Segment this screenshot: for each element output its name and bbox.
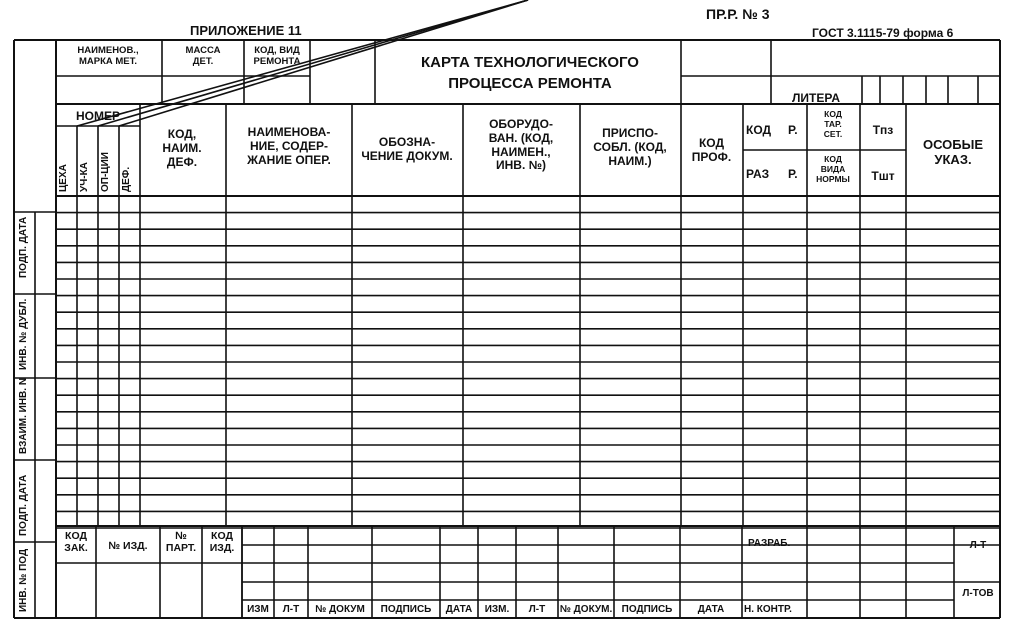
title-line-1: КАРТА ТЕХНОЛОГИЧЕСКОГО: [380, 54, 680, 71]
defect-number-header: ДЕФ.: [121, 167, 132, 192]
doc-designation-header: ОБОЗНА-ЧЕНИЕ ДОКУМ.: [352, 136, 462, 164]
fixture-header: ПРИСПО-СОБЛ. (КОД,НАИМ.): [580, 127, 680, 168]
title-line-2: ПРОЦЕССА РЕМОНТА: [380, 75, 680, 92]
tariff-header: КОДТАР.СЕТ.: [807, 110, 859, 139]
change-col-label: ИЗМ.: [478, 604, 516, 616]
change-col-label: ПОДПИСЬ: [372, 604, 440, 616]
norm-type-header: КОДВИДАНОРМЫ: [807, 155, 859, 184]
mass-header: МАССАДЕТ.: [162, 46, 244, 68]
developed-label: РАЗРАБ.: [748, 538, 790, 550]
tpz-header: Тпз: [860, 124, 906, 138]
change-col-label: Л-Т: [274, 604, 308, 616]
standard-label: ГОСТ 3.1115-79 форма 6: [812, 27, 953, 41]
repair-type-header: КОД, ВИДРЕМОНТА: [244, 46, 310, 68]
material-header: НАИМЕНОВ.,МАРКА МЕТ.: [58, 46, 158, 68]
sheet-label: Л-Т: [956, 540, 1000, 552]
appendix-label: ПРИЛОЖЕНИЕ 11: [190, 24, 302, 39]
special-instructions-header: ОСОБЫЕУКАЗ.: [906, 138, 1000, 168]
number-group-header: НОМЕР: [58, 110, 138, 124]
product-number-header: № ИЗД.: [96, 540, 160, 552]
change-col-label: ПОДПИСЬ: [614, 604, 680, 616]
side-sign-date-2: ПОДП. ДАТА: [18, 475, 29, 536]
rank-right: Р.: [788, 168, 798, 182]
side-dup-inv: ИНВ. № ДУБЛ.: [18, 299, 29, 370]
change-col-label: Л-Т: [516, 604, 558, 616]
rank-code-right: Р.: [788, 124, 798, 138]
change-col-label: ДАТА: [440, 604, 478, 616]
form-title: КАРТА ТЕХНОЛОГИЧЕСКОГО ПРОЦЕССА РЕМОНТА: [380, 54, 680, 93]
operation-name-header: НАИМЕНОВА-НИЕ, СОДЕР-ЖАНИЕ ОПЕР.: [226, 126, 352, 167]
side-original-inv: ИНВ. № ПОД: [18, 549, 29, 612]
operation-number-header: ОП-ЦИИ: [100, 152, 111, 192]
defect-code-header: КОД,НАИМ.ДЕФ.: [140, 128, 224, 169]
product-code-header: КОДИЗД.: [202, 530, 242, 554]
rank-left: РАЗ: [746, 168, 769, 182]
change-col-label: ДАТА: [680, 604, 742, 616]
order-code-header: КОДЗАК.: [56, 530, 96, 554]
section-header: УЧ-КА: [79, 162, 90, 192]
batch-number-header: №ПАРТ.: [160, 530, 202, 554]
document-number: ПР.Р. № 3: [706, 6, 770, 22]
tsht-header: Тшт: [860, 170, 906, 184]
profession-code-header: КОДПРОФ.: [681, 137, 742, 165]
change-col-label: ИЗМ: [242, 604, 274, 616]
side-sign-date-1: ПОДП. ДАТА: [18, 217, 29, 278]
change-col-label: № ДОКУМ.: [558, 604, 614, 616]
change-col-label: № ДОКУМ: [308, 604, 372, 616]
side-mutual-inv: ВЗАИМ. ИНВ. N: [18, 378, 29, 454]
equipment-header: ОБОРУДО-ВАН. (КОД,НАИМЕН.,ИНВ. №): [463, 118, 579, 173]
rank-code-left: КОД: [746, 124, 771, 138]
shop-header: ЦЕХА: [58, 164, 69, 192]
sheets-count-label: Л-ТОВ: [956, 588, 1000, 600]
litera-label: ЛИТЕРА: [771, 92, 861, 106]
norm-control-label: Н. КОНТР.: [744, 604, 792, 616]
